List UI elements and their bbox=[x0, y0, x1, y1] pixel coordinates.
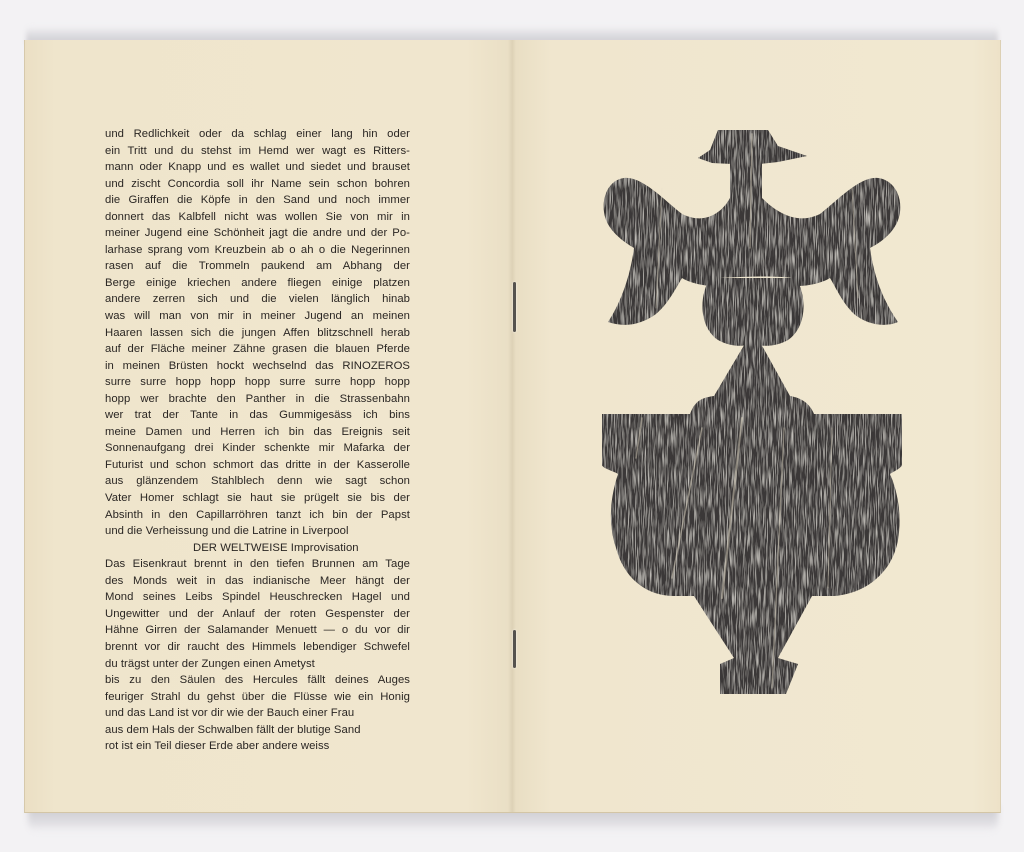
text-line: Sonnenaufgang drei Kinder schenkte mir M… bbox=[105, 440, 410, 457]
text-line: Hähne Girren der Salamander Menuett — o … bbox=[105, 622, 410, 639]
text-line: hopp wer brachte den Panther in die Stra… bbox=[105, 391, 410, 408]
text-line: Mond seines Leibs Spindel Heuschrecken H… bbox=[105, 589, 410, 606]
text-line: wer trat der Tante in das Gummigesäss ic… bbox=[105, 407, 410, 424]
text-line: Berge einige kriechen andere fliegen ein… bbox=[105, 275, 410, 292]
text-line: aus dem Hals der Schwalben fällt der blu… bbox=[105, 722, 410, 739]
text-line: auf der Fläche meiner Zähne grasen die b… bbox=[105, 341, 410, 358]
text-line: Haaren lassen sich die jungen Affen blit… bbox=[105, 325, 410, 342]
text-line: meiner Jugend eine Schönheit jagt die an… bbox=[105, 225, 410, 242]
staple-icon bbox=[513, 282, 516, 332]
text-line: Absinth in den Capillarröhren tanzt ich … bbox=[105, 507, 410, 524]
staple-icon bbox=[513, 630, 516, 668]
text-line: Ungewitter und der Anlauf der roten Gesp… bbox=[105, 606, 410, 623]
text-line: was will man von mir in meiner Jugend an… bbox=[105, 308, 410, 325]
text-line: und zischt Concordia soll ihr Name sein … bbox=[105, 176, 410, 193]
left-page: und Redlichkeit oder da schlag einer lan… bbox=[24, 40, 513, 813]
booklet-spread: und Redlichkeit oder da schlag einer lan… bbox=[24, 40, 1000, 812]
text-line: rot ist ein Teil dieser Erde aber andere… bbox=[105, 738, 410, 755]
text-line: Das Eisenkraut brennt in den tiefen Brun… bbox=[105, 556, 410, 573]
section-heading: DER WELTWEISE Improvisation bbox=[105, 540, 410, 557]
text-line: mann oder Knapp und es wallet und siedet… bbox=[105, 159, 410, 176]
text-line: des Monds weit in das indianische Meer h… bbox=[105, 573, 410, 590]
text-line: Futurist und schon schmort das dritte in… bbox=[105, 457, 410, 474]
text-line: du trägst unter der Zungen einen Ametyst bbox=[105, 656, 410, 673]
poem-text-block: und Redlichkeit oder da schlag einer lan… bbox=[105, 126, 410, 755]
text-line: Vater Homer schlagt sie haut sie prügelt… bbox=[105, 490, 410, 507]
text-line: und die Verheissung und die Latrine in L… bbox=[105, 523, 410, 540]
text-line: und das Land ist vor dir wie der Bauch e… bbox=[105, 705, 410, 722]
text-line: rasen auf die Trommeln paukend am Abhang… bbox=[105, 258, 410, 275]
text-line: andere zerren sich und die vielen längli… bbox=[105, 291, 410, 308]
text-line: larhase sprang vom Kreuzbein ab o ah o d… bbox=[105, 242, 410, 259]
text-line: surre surre hopp hopp hopp surre surre h… bbox=[105, 374, 410, 391]
text-line: und Redlichkeit oder da schlag einer lan… bbox=[105, 126, 410, 143]
text-line: die Giraffen die Köpfe in den Sand und n… bbox=[105, 192, 410, 209]
text-line: feuriger Strahl du gehst über die Flüsse… bbox=[105, 689, 410, 706]
text-line: meine Damen und Herren ich bin das Ereig… bbox=[105, 424, 410, 441]
text-line: in meinen Brüsten hockt wechselnd das RI… bbox=[105, 358, 410, 375]
text-line: brennt vor dir raucht des Himmels lebend… bbox=[105, 639, 410, 656]
text-line: ein Tritt und du stehst im Hemd wer wagt… bbox=[105, 143, 410, 160]
text-line: aus glänzendem Stahlblech denn wie sagt … bbox=[105, 473, 410, 490]
text-line: donnert das Kalbfell nicht was wollen Si… bbox=[105, 209, 410, 226]
woodcut-figure-icon bbox=[602, 128, 904, 700]
text-line: bis zu den Säulen des Hercules fällt dei… bbox=[105, 672, 410, 689]
binding-gutter bbox=[508, 40, 516, 812]
